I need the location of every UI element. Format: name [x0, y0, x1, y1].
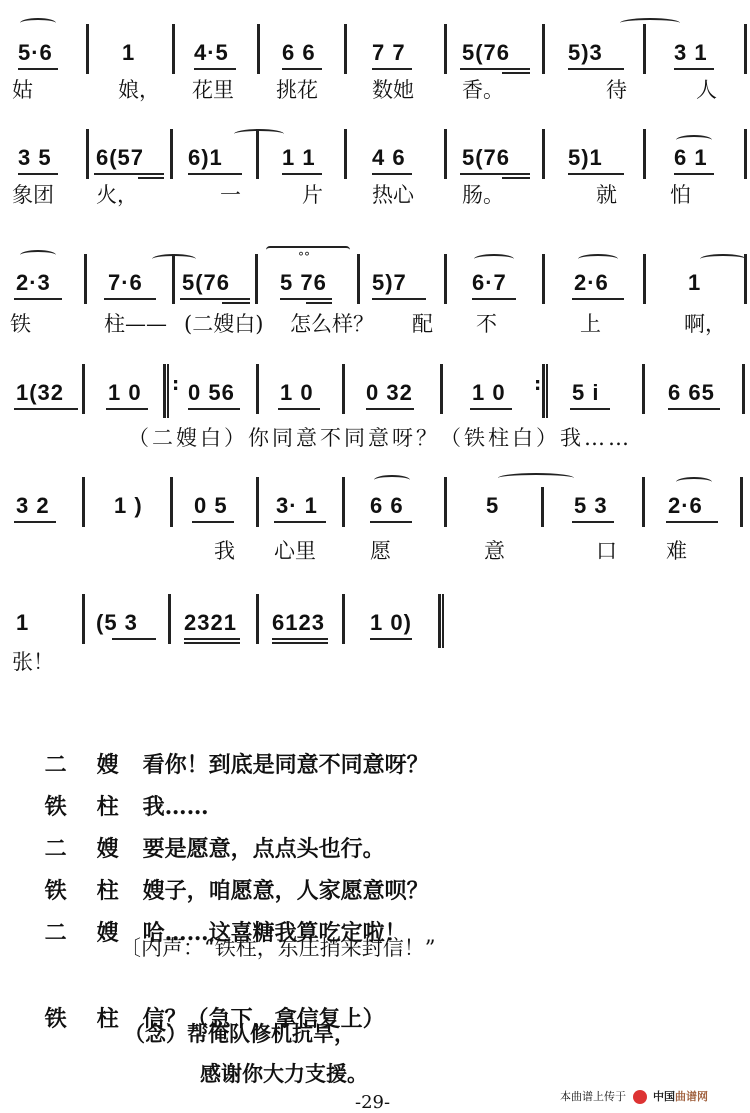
lyric: 热心	[372, 179, 414, 209]
brand-part-b: 曲谱网	[675, 1090, 708, 1103]
barline	[168, 594, 171, 644]
measure-notes: 6 65	[668, 380, 715, 406]
underline-beam	[104, 298, 156, 300]
measure-notes: 6 1	[674, 145, 708, 171]
lyric: 不	[476, 308, 497, 338]
underline-beam	[188, 173, 242, 175]
slur	[20, 18, 56, 28]
barline	[170, 129, 173, 179]
barline	[86, 129, 89, 179]
barline	[342, 477, 345, 527]
barline	[744, 254, 747, 304]
measure-notes: 6 6	[282, 40, 316, 66]
measure-notes: 4 6	[372, 145, 406, 171]
slur	[374, 475, 410, 485]
barline	[82, 477, 85, 527]
watermark: 本曲谱上传于 中国曲谱网	[560, 1088, 708, 1104]
barline	[170, 477, 173, 527]
measure-notes: 5·6	[18, 40, 53, 66]
slur	[498, 473, 574, 483]
underline-beam	[14, 521, 56, 523]
measure-notes: 5(76	[182, 270, 230, 296]
fermata-mark: °°	[298, 254, 310, 260]
repeat-dots: :	[534, 380, 541, 390]
barline	[256, 129, 259, 179]
measure-notes: 7·6	[108, 270, 143, 296]
page-number: -29-	[355, 1092, 390, 1113]
measure-notes: 1	[16, 610, 29, 636]
measure-notes: 1 0	[472, 380, 506, 406]
underline-beam	[470, 408, 512, 410]
measure-notes: 2·6	[574, 270, 609, 296]
recitation-line: 感谢你大力支援。	[200, 1058, 368, 1088]
barline	[542, 24, 545, 74]
lyric: 怕	[670, 179, 691, 209]
underline-beam	[572, 298, 624, 300]
lyric: 一	[220, 179, 241, 209]
measure-notes: 5 3	[574, 493, 608, 519]
underline-beam	[370, 521, 412, 523]
measure-notes: 4·5	[194, 40, 229, 66]
barline	[342, 364, 345, 414]
lyric: 片	[302, 179, 323, 209]
measure-notes: 6(57	[96, 145, 144, 171]
barline	[642, 477, 645, 527]
measure-notes: 1 0)	[370, 610, 412, 636]
measure-notes: 2·6	[668, 493, 703, 519]
measure-notes: 5 76	[280, 270, 327, 296]
barline	[172, 24, 175, 74]
barline	[86, 24, 89, 74]
slur	[474, 254, 514, 264]
barline	[357, 254, 360, 304]
underline-beam	[570, 408, 610, 410]
lyric: 象团	[12, 179, 54, 209]
measure-notes: 6123	[272, 610, 325, 636]
lyric: 配	[412, 308, 433, 338]
underline-beam	[18, 68, 58, 70]
slur	[578, 254, 618, 264]
measure-notes: 7 7	[372, 40, 406, 66]
underline-beam	[674, 173, 714, 175]
underline-beam	[370, 638, 412, 640]
measure-notes: 0 5	[194, 493, 228, 519]
lyric: 花里	[192, 74, 234, 104]
underline-beam	[112, 638, 156, 640]
underline-beam	[184, 642, 240, 644]
barline	[744, 24, 747, 74]
lyric: 挑花	[276, 74, 318, 104]
barline	[444, 24, 447, 74]
watermark-prefix: 本曲谱上传于	[560, 1090, 626, 1103]
lyric: 我	[214, 535, 235, 565]
measure-notes: 1 0	[108, 380, 142, 406]
measure-notes: 0 32	[366, 380, 413, 406]
slur	[676, 477, 712, 487]
measure-notes: 1 )	[114, 493, 143, 519]
underline-beam	[184, 638, 240, 640]
barline	[344, 24, 347, 74]
underline-beam	[460, 68, 530, 70]
slur	[676, 135, 712, 145]
barline	[84, 254, 87, 304]
lyric: 柱——	[104, 308, 167, 338]
lyric: 娘，	[118, 74, 160, 104]
lyric: 上	[580, 308, 601, 338]
measure-notes: 0 56	[188, 380, 235, 406]
barline	[82, 364, 85, 414]
measure-notes: 1(32	[16, 380, 64, 406]
underline-beam	[568, 173, 624, 175]
barline	[82, 594, 85, 644]
score-system-6: 1 张！ (5 3 2321 6123 1 0)	[0, 580, 750, 680]
underline-beam	[282, 68, 322, 70]
underline-beam	[194, 68, 236, 70]
measure-notes: 6)1	[188, 145, 223, 171]
underline-beam	[274, 521, 326, 523]
barline	[541, 487, 544, 527]
stage-direction: 〔内声：“铁柱，东庄捎来封信！”	[120, 932, 435, 962]
spoken-interjection: （二嫂白）你同意不同意呀？（铁柱白）我……	[128, 422, 632, 452]
score-system-2: 3 5 象团 6(57 火， 6)1 一 1 1 片 4 6 热心 5(76 肠…	[0, 125, 750, 225]
score-system-5: 3 2 1 ) 0 5 我 3· 1 心里 6 6 愿 5 意 5 3 口 2·…	[0, 463, 750, 563]
barline	[643, 254, 646, 304]
underline-beam	[572, 521, 614, 523]
measure-notes: 2·3	[16, 270, 51, 296]
repeat-start-barline	[163, 364, 169, 418]
underline-beam	[272, 638, 328, 640]
lyric: 啊，	[684, 308, 726, 338]
measure-notes: 6 6	[370, 493, 404, 519]
watermark-brand: 中国曲谱网	[653, 1090, 708, 1103]
barline	[642, 364, 645, 414]
lyric: 愿	[370, 535, 391, 565]
measure-notes: 3 2	[16, 493, 50, 519]
underline-beam	[372, 298, 426, 300]
lyric: 难	[666, 535, 687, 565]
underline-beam	[106, 408, 148, 410]
measure-notes: 2321	[184, 610, 237, 636]
barline	[744, 129, 747, 179]
measure-notes: 1 1	[282, 145, 316, 171]
measure-notes: 3 1	[674, 40, 708, 66]
barline	[444, 254, 447, 304]
underline-beam	[280, 298, 332, 300]
lyric: 姑	[12, 74, 33, 104]
brand-part-a: 中国	[653, 1090, 675, 1103]
barline	[643, 24, 646, 74]
lyric: 肠。	[462, 179, 504, 209]
measure-notes: 1	[122, 40, 135, 66]
lyric: 人	[696, 74, 717, 104]
measure-notes: 5(76	[462, 40, 510, 66]
lyric: 铁	[10, 308, 31, 338]
barline	[740, 477, 743, 527]
barline	[440, 364, 443, 414]
lyric: 心里	[274, 535, 316, 565]
lyric: 待	[606, 74, 627, 104]
measure-notes: 1	[688, 270, 701, 296]
underline-beam	[222, 302, 250, 304]
barline	[542, 129, 545, 179]
underline-beam	[372, 173, 412, 175]
slur	[234, 129, 284, 139]
underline-beam	[674, 68, 714, 70]
lyric: 香。	[462, 74, 504, 104]
underline-beam	[568, 68, 624, 70]
lyric: 火，	[96, 179, 138, 209]
measure-notes: 5 i	[572, 380, 599, 406]
lyric: 口	[596, 535, 617, 565]
underline-beam	[472, 298, 516, 300]
underline-beam	[14, 408, 78, 410]
recitation-line: （念）帮俺队修机抗旱，	[124, 1018, 355, 1048]
underline-beam	[502, 72, 530, 74]
barline	[444, 129, 447, 179]
underline-beam	[668, 408, 720, 410]
site-logo-icon	[633, 1090, 647, 1104]
underline-beam	[180, 298, 250, 300]
measure-notes: (5 3	[96, 610, 138, 636]
underline-beam	[366, 408, 414, 410]
measure-notes: 6·7	[472, 270, 507, 296]
lyric: (二嫂白)	[184, 308, 263, 338]
underline-beam	[282, 173, 322, 175]
score-system-1: 5·6 姑 1 娘， 4·5 花里 6 6 挑花 7 7 数她 5(76 香。 …	[0, 10, 750, 110]
measure-notes: 5)7	[372, 270, 407, 296]
lyric: 数她	[372, 74, 414, 104]
barline	[444, 477, 447, 527]
measure-notes: 1 0	[280, 380, 314, 406]
measure-notes: 3· 1	[276, 493, 318, 519]
barline	[257, 24, 260, 74]
underline-beam	[192, 521, 234, 523]
barline	[643, 129, 646, 179]
underline-beam	[18, 173, 58, 175]
slur	[620, 18, 680, 28]
barline	[742, 364, 745, 414]
barline	[256, 477, 259, 527]
barline	[542, 254, 545, 304]
lyric: 怎么样？	[290, 308, 374, 338]
underline-beam	[138, 177, 164, 179]
lyric: 意	[484, 535, 505, 565]
barline	[342, 594, 345, 644]
lyric: 就	[596, 179, 617, 209]
final-barline	[438, 594, 444, 648]
underline-beam	[188, 408, 240, 410]
measure-notes: 5	[486, 493, 499, 519]
measure-notes: 5)3	[568, 40, 603, 66]
measure-notes: 3 5	[18, 145, 52, 171]
repeat-end-barline	[542, 364, 548, 418]
underline-beam	[278, 408, 320, 410]
score-system-3: 2·3 铁 7·6 柱—— 5(76 (二嫂白) °° 5 76 怎么样？ 5)…	[0, 240, 750, 340]
underline-beam	[502, 177, 530, 179]
score-system-4: 1(32 1 0 : 0 56 1 0 0 32 1 0 : 5 i 6 65 …	[0, 350, 750, 450]
barline	[256, 594, 259, 644]
underline-beam	[272, 642, 328, 644]
lyric: 张！	[12, 646, 54, 676]
measure-notes: 5(76	[462, 145, 510, 171]
barline	[344, 129, 347, 179]
underline-beam	[372, 68, 412, 70]
underline-beam	[666, 521, 718, 523]
slur	[20, 250, 56, 260]
underline-beam	[14, 298, 62, 300]
barline	[255, 254, 258, 304]
slur	[700, 254, 746, 264]
underline-beam	[306, 302, 332, 304]
barline	[172, 254, 175, 304]
repeat-dots: :	[172, 380, 179, 390]
barline	[256, 364, 259, 414]
measure-notes: 5)1	[568, 145, 603, 171]
underline-beam	[94, 173, 164, 175]
underline-beam	[460, 173, 530, 175]
